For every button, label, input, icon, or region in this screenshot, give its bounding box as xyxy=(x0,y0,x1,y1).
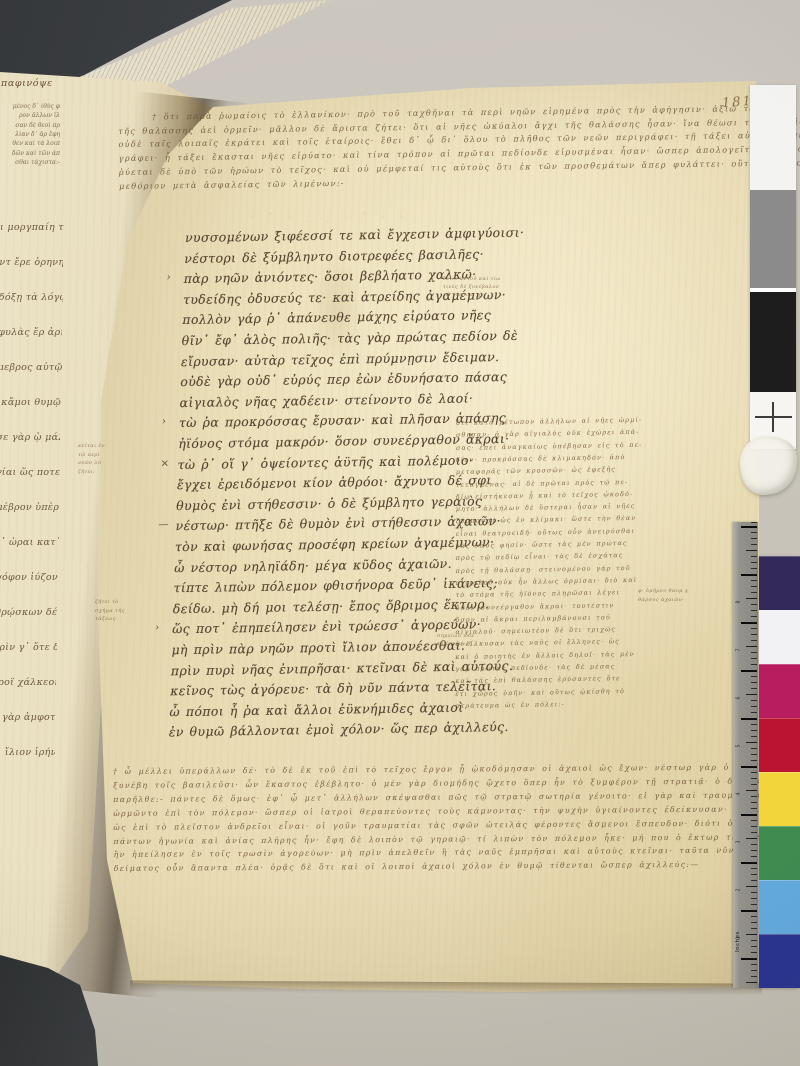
page-bottom-shadow xyxy=(130,980,762,995)
color-patch xyxy=(759,826,800,880)
manuscript-page xyxy=(90,70,770,1000)
ruler-inches-label: Inches xyxy=(735,931,741,952)
color-patch xyxy=(759,772,800,826)
color-patch xyxy=(759,718,800,772)
facing-page-header: παφινόψε xyxy=(1,78,53,89)
color-patch xyxy=(759,610,800,664)
color-patch xyxy=(759,556,800,610)
ink-offset-ghost: · ‛ · ͺ ˛ · ʹ · · xyxy=(250,212,409,223)
grayscale-calibration-card xyxy=(750,85,796,449)
grayscale-patch xyxy=(750,85,796,190)
stain xyxy=(302,235,372,385)
inch-ruler xyxy=(733,522,758,988)
grayscale-patch xyxy=(750,190,796,288)
color-patch xyxy=(759,880,800,934)
color-patch xyxy=(759,934,800,988)
stain xyxy=(523,1008,573,1062)
registration-crosshair xyxy=(772,402,774,432)
manuscript-photo: παφινόψε μένος δ᾽ ἰθὺς φρον ἄλλων ϊλσαν … xyxy=(0,0,800,1066)
grayscale-patch xyxy=(750,292,796,392)
color-calibration-patches xyxy=(759,556,800,988)
color-patch xyxy=(759,664,800,718)
folio-number: 181 xyxy=(722,94,754,111)
